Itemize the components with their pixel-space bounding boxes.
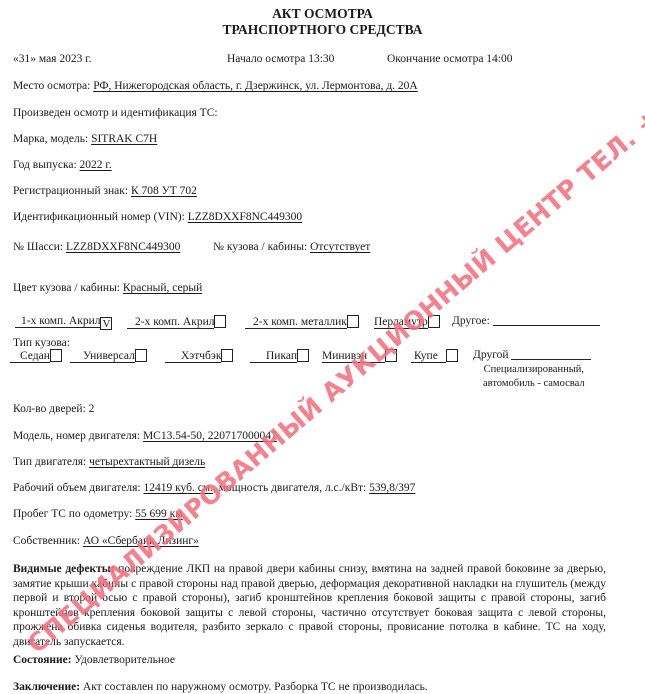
visible-defects-label: Видимые дефекты:: [13, 563, 115, 575]
body-type-other-value-line2: автомобиль - самосвал: [483, 377, 585, 391]
body-type-checkbox[interactable]: [297, 349, 309, 362]
conclusion-field: Заключение: Акт составлен по наружному о…: [13, 681, 428, 693]
paint-other: Другое:: [452, 315, 600, 327]
paint-option-checkbox[interactable]: [347, 315, 359, 328]
engine-type-label: Тип двигателя:: [13, 456, 89, 468]
year-value: 2022 г.: [80, 159, 112, 171]
body-type-other: Другой: [473, 349, 591, 361]
engine-type-value: четырехтактный дизель: [89, 456, 205, 468]
doors-value: 2: [89, 403, 95, 415]
paint-option-4: Перламутр: [374, 315, 440, 329]
body-type-checkbox[interactable]: [135, 349, 147, 362]
paint-option-label: Перламутр: [374, 316, 428, 329]
body-type-checkbox[interactable]: [385, 349, 397, 362]
paint-option-checkbox[interactable]: [214, 315, 226, 328]
paint-option-checkbox[interactable]: V: [100, 317, 112, 330]
body-type-checkbox[interactable]: [221, 349, 233, 362]
make-model-field: Марка, модель: SITRAK C7H: [13, 133, 157, 145]
paint-option-3: 2-х комп. металлик: [245, 315, 359, 329]
reg-plate-value: К 708 УТ 702: [131, 185, 197, 197]
conclusion-value: Акт составлен по наружному осмотру. Разб…: [80, 681, 428, 693]
body-type-option-label: Хэтчбэк: [165, 350, 221, 363]
body-type-hatchback: Хэтчбэк: [165, 349, 233, 363]
body-type-sedan: Седан: [10, 349, 62, 363]
inspection-place-label: Место осмотра:: [13, 80, 93, 92]
engine-volume-field: Рабочий объем двигателя: 12419 куб. см.,…: [13, 482, 415, 494]
inspection-end-time: Окончание осмотра 14:00: [387, 53, 513, 65]
condition-label: Состояние:: [13, 654, 72, 666]
body-type-coupe: Купе: [411, 349, 458, 363]
paint-option-checkbox[interactable]: [428, 315, 440, 328]
body-type-other-input[interactable]: [511, 359, 591, 360]
mileage-label: Пробег ТС по одометру:: [13, 508, 135, 520]
watermark-stamp: СПЕЦИАЛИЗИРОВАННЫЙ АУКЦИОННЫЙ ЦЕНТР ТЕЛ.…: [22, 0, 645, 660]
body-type-checkbox[interactable]: [446, 349, 458, 362]
condition-value: Удовлетворительное: [72, 654, 175, 666]
body-type-option-label: Седан: [10, 350, 50, 363]
doors-label: Кол-во дверей:: [13, 403, 89, 415]
engine-model-field: Модель, номер двигателя: MC13.54-50, 220…: [13, 430, 277, 442]
condition-field: Состояние: Удовлетворительное: [13, 654, 175, 666]
body-number-label: № кузова / кабины:: [213, 241, 310, 253]
body-number-field: № кузова / кабины: Отсутствует: [213, 241, 370, 253]
engine-model-label: Модель, номер двигателя:: [13, 430, 143, 442]
reg-plate-label: Регистрационный знак:: [13, 185, 131, 197]
chassis-value: LZZ8DXXF8NC449300: [66, 241, 180, 253]
owner-field: Собственник: АО «Сбербанк Лизинг»: [13, 535, 199, 547]
reg-plate-field: Регистрационный знак: К 708 УТ 702: [13, 185, 197, 197]
chassis-field: № Шасси: LZZ8DXXF8NC449300: [13, 241, 180, 253]
owner-value: АО «Сбербанк Лизинг»: [83, 535, 199, 547]
paint-option-1: 1-х комп. АкрилV: [15, 315, 112, 330]
body-type-other-label: Другой: [473, 349, 509, 361]
make-model-label: Марка, модель:: [13, 133, 91, 145]
owner-label: Собственник:: [13, 535, 83, 547]
inspection-place: Место осмотра: РФ, Нижегородская область…: [13, 80, 418, 92]
visible-defects: Видимые дефекты: повреждение ЛКП на прав…: [13, 562, 606, 650]
year-label: Год выпуска:: [13, 159, 80, 171]
year-field: Год выпуска: 2022 г.: [13, 159, 112, 171]
body-type-label: Тип кузова:: [13, 337, 70, 349]
engine-power-value: 539,8/397: [369, 482, 415, 494]
color-label: Цвет кузова / кабины:: [13, 282, 123, 294]
body-type-option-label: Купе: [411, 350, 446, 363]
vin-label: Идентификационный номер (VIN):: [13, 211, 188, 223]
body-type-pickup: Пикап: [250, 349, 309, 363]
doors-field: Кол-во дверей: 2: [13, 403, 94, 415]
body-type-wagon: Универсал: [70, 349, 147, 363]
engine-type-field: Тип двигателя: четырехтактный дизель: [13, 456, 205, 468]
engine-model-value: MC13.54-50, 220717000047: [143, 430, 277, 442]
visible-defects-text: повреждение ЛКП на правой двери кабины с…: [13, 563, 606, 648]
paint-option-label: 2-х комп. Акрил: [127, 316, 214, 329]
paint-option-label: 2-х комп. металлик: [245, 316, 347, 329]
identification-heading: Произведен осмотр и идентификация ТС:: [13, 107, 218, 119]
mileage-value: 55 699 км: [135, 508, 182, 520]
make-model-value: SITRAK C7H: [91, 133, 157, 145]
body-type-option-label: Пикап: [250, 350, 297, 363]
paint-other-label: Другое:: [452, 315, 490, 327]
body-type-option-label: Минивэн: [322, 350, 385, 363]
document-title-line1: АКТ ОСМОТРА: [0, 6, 645, 22]
chassis-label: № Шасси:: [13, 241, 66, 253]
body-type-option-label: Универсал: [70, 350, 135, 363]
body-type-checkbox[interactable]: [50, 349, 62, 362]
paint-option-2: 2-х комп. Акрил: [127, 315, 226, 329]
engine-power-label: , мощность двигателя, л.с./кВт:: [213, 482, 369, 494]
color-value: Красный, серый: [123, 282, 202, 294]
body-type-other-value: Специализированный, автомобиль - самосва…: [483, 363, 585, 391]
body-type-minivan: Минивэн: [322, 349, 397, 363]
body-number-value: Отсутствует: [310, 241, 370, 253]
conclusion-label: Заключение:: [13, 681, 80, 693]
color-field: Цвет кузова / кабины: Красный, серый: [13, 282, 202, 294]
paint-other-input[interactable]: [493, 325, 600, 326]
engine-volume-value: 12419 куб. см.: [143, 482, 213, 494]
document-title-line2: ТРАНСПОРТНОГО СРЕДСТВА: [0, 22, 645, 38]
inspection-place-value: РФ, Нижегородская область, г. Дзержинск,…: [93, 80, 418, 92]
body-type-other-value-line1: Специализированный,: [483, 363, 585, 377]
vin-value: LZZ8DXXF8NC449300: [188, 211, 302, 223]
inspection-date: «31» мая 2023 г.: [13, 53, 92, 65]
mileage-field: Пробег ТС по одометру: 55 699 км: [13, 508, 183, 520]
paint-option-label: 1-х комп. Акрил: [15, 315, 100, 328]
vin-field: Идентификационный номер (VIN): LZZ8DXXF8…: [13, 211, 302, 223]
inspection-start-time: Начало осмотра 13:30: [227, 53, 334, 65]
engine-volume-label: Рабочий объем двигателя:: [13, 482, 143, 494]
